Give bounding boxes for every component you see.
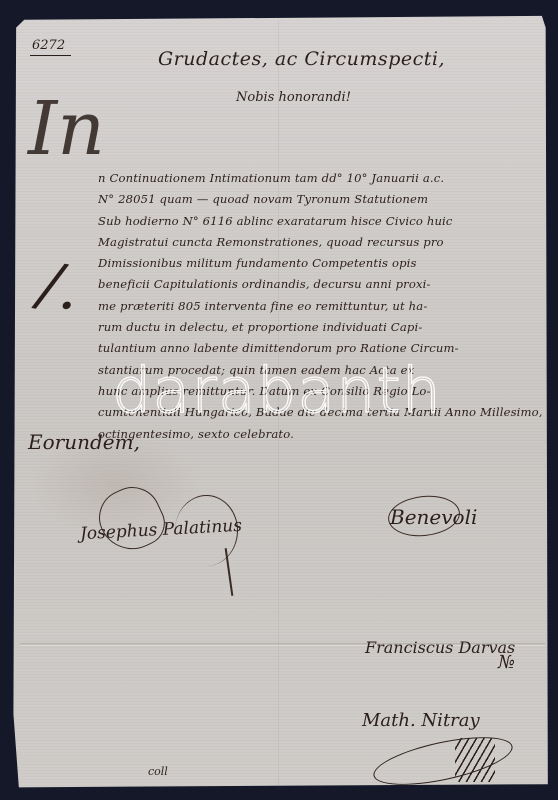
salutation-line-1: Grudactes, ac Circumspecti, (158, 48, 445, 70)
signature-hatch-icon (455, 738, 495, 782)
body-line: beneficii Capitulationis ordinandis, dec… (98, 274, 548, 295)
body-line: Dimissionibus militum fundamento Compete… (98, 253, 548, 274)
body-line: N° 28051 quam — quoad novam Tyronum Stat… (98, 189, 548, 210)
bottom-notation: coll (148, 765, 168, 778)
signature-paraph-icon: № (498, 652, 515, 673)
body-line: Magistratui cuncta Remonstrationes, quoa… (98, 232, 548, 253)
signature-right-2: Math. Nitray (362, 710, 480, 731)
signature-right-1: Franciscus Darvas (365, 638, 515, 657)
body-line: me præteriti 805 interventa fine eo remi… (98, 296, 548, 317)
body-line: rum ductu in delectu, et proportione ind… (98, 317, 548, 338)
watermark: darabanth (112, 360, 442, 422)
body-line: n Continuationem Intimationum tam dd° 10… (98, 168, 548, 189)
closing-phrase: Eorundem, (28, 430, 140, 454)
salutation-line-2: Nobis honorandi! (236, 90, 351, 105)
closing-benevoli: Benevoli (390, 505, 477, 529)
decorative-initial-letter: In (28, 92, 105, 166)
reference-number: 6272 (30, 38, 71, 56)
body-line: Sub hodierno N° 6116 ablinc exaratarum h… (98, 211, 548, 232)
